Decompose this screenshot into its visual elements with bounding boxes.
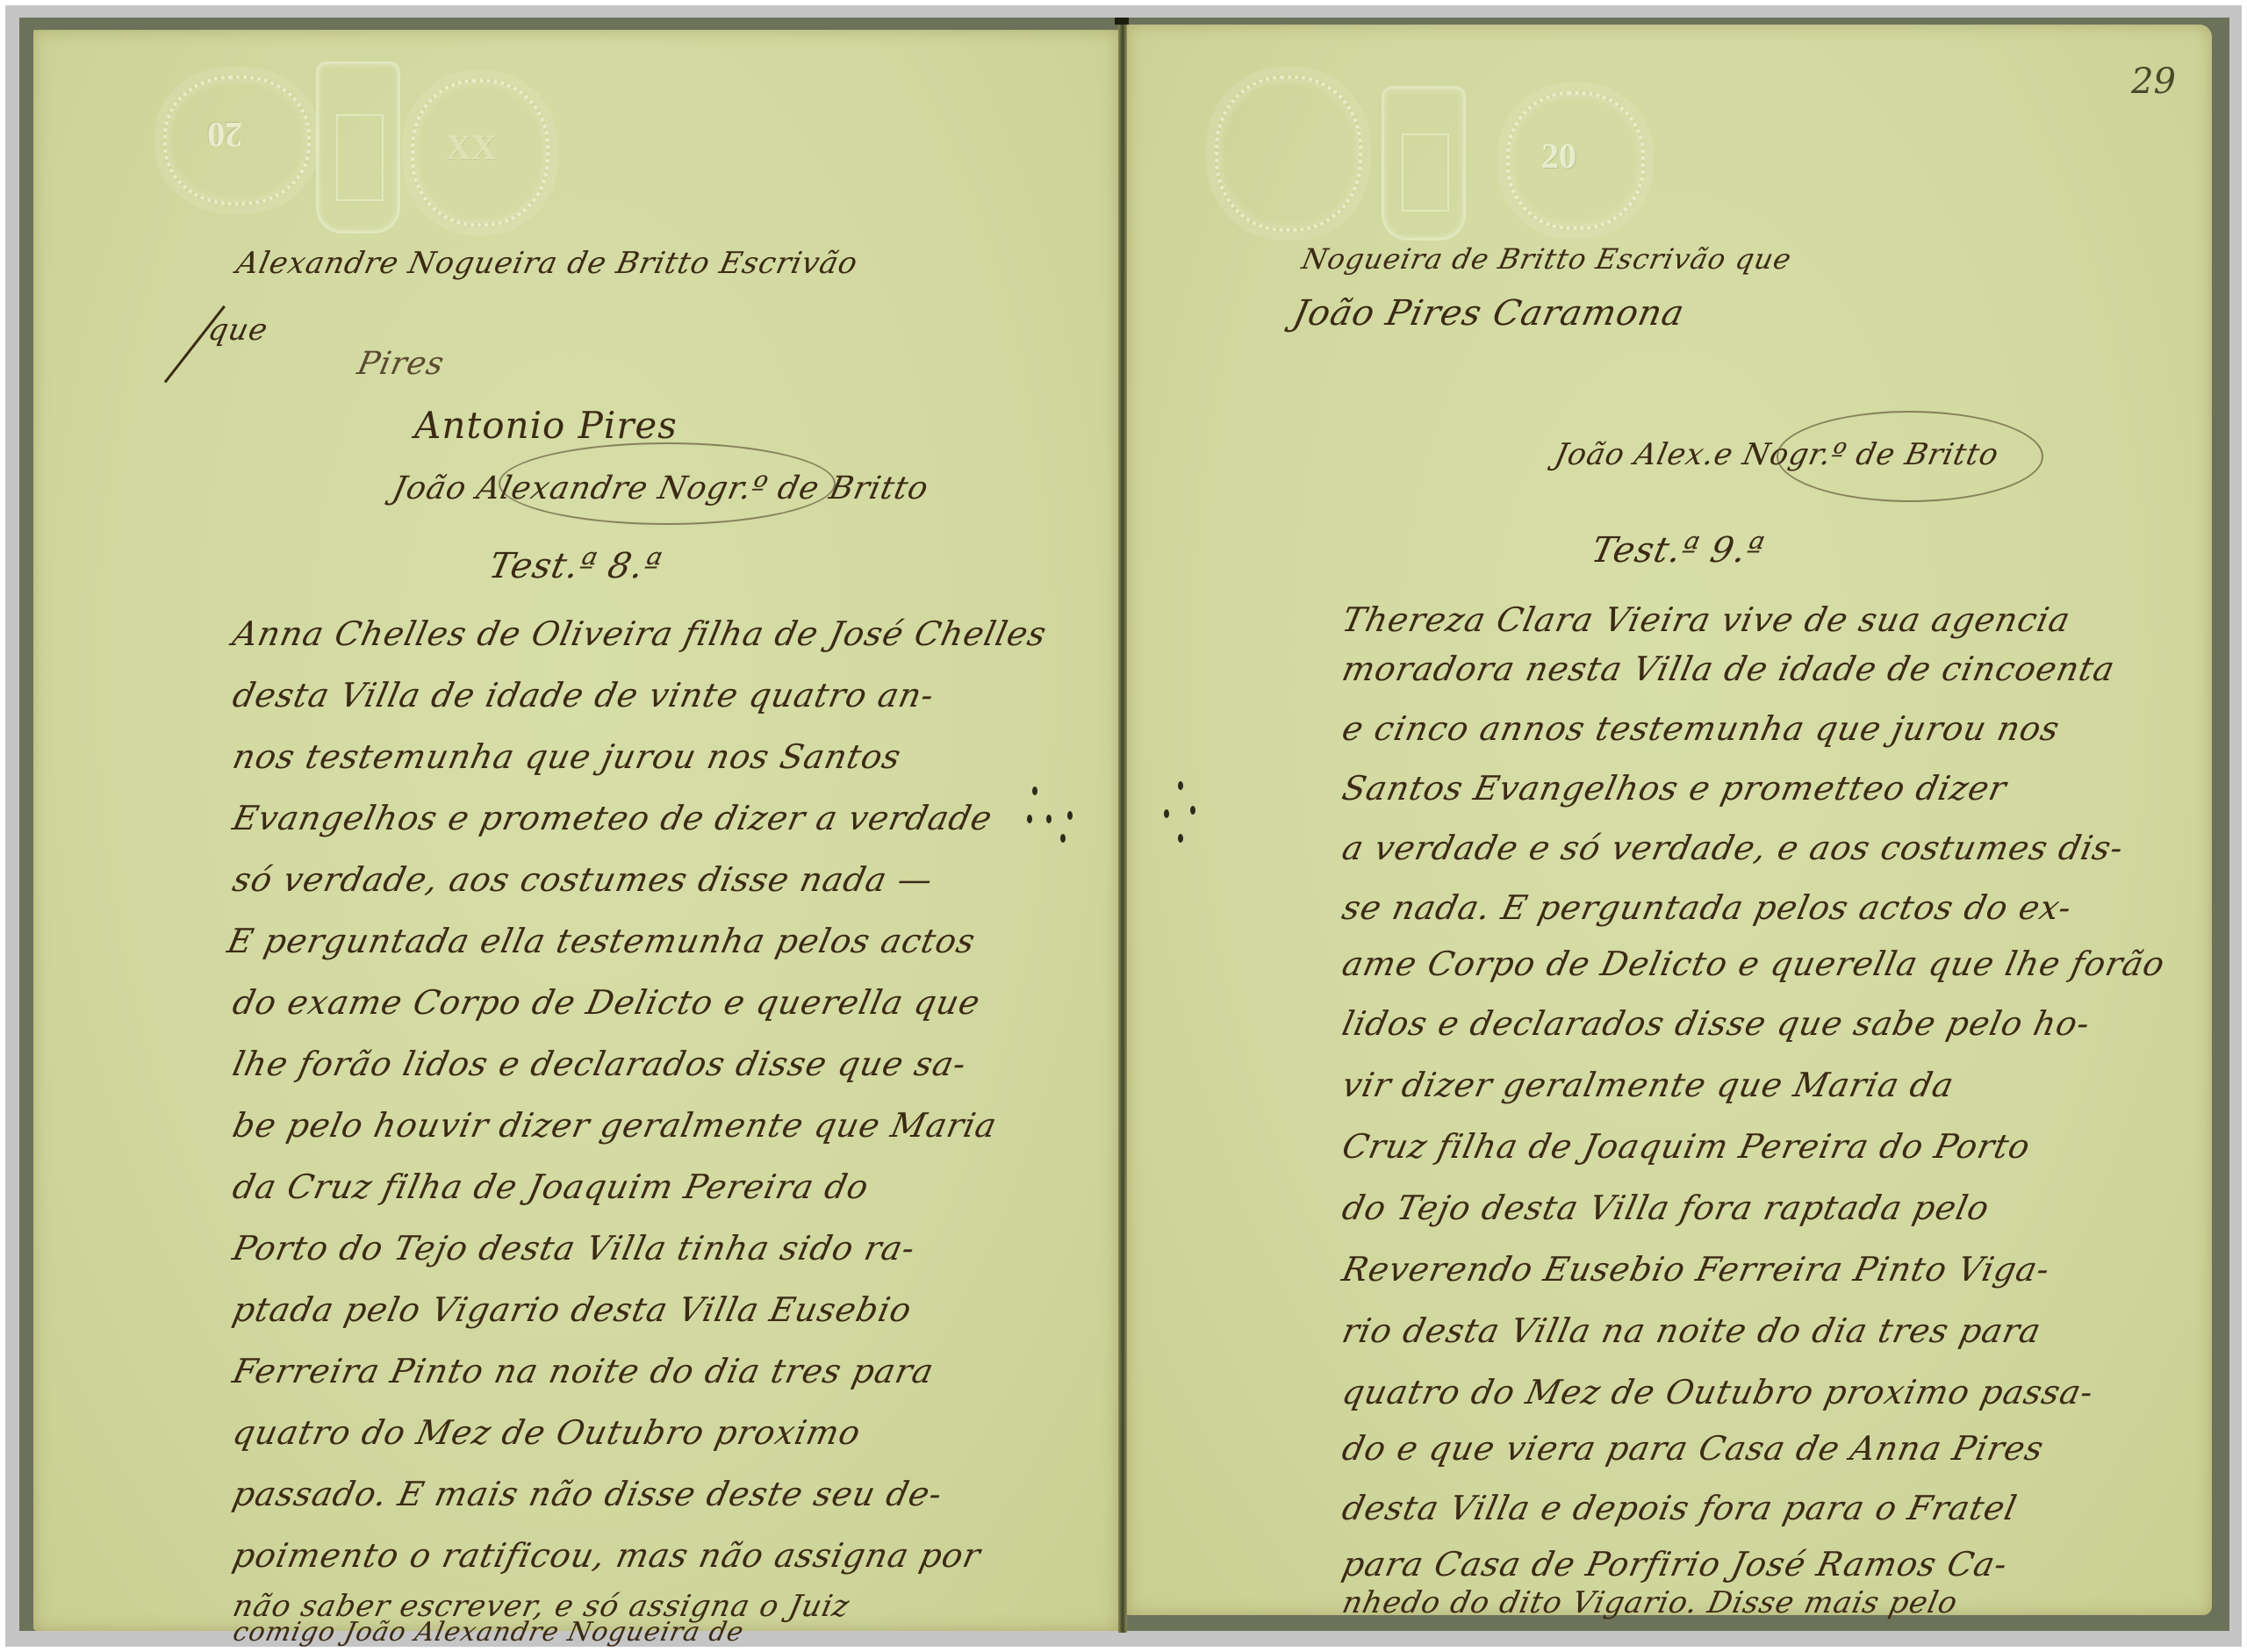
manuscript-line: do e que viera para Casa de Anna Pires [1339, 1429, 2047, 1468]
manuscript-line: rio desta Villa na noite do dia tres par… [1339, 1311, 2044, 1350]
manuscript-line: ame Corpo de Delicto e querella que lhe … [1339, 945, 2168, 983]
manuscript-line: Reverendo Eusebio Ferreira Pinto Viga- [1339, 1250, 2053, 1289]
manuscript-line: desta Villa e depois fora para o Fratel [1339, 1489, 2021, 1527]
binding-hole [1067, 811, 1073, 820]
binding-hole [1178, 781, 1183, 790]
signature-line-1: Alexandre Nogueira de Britto Escrivão [233, 246, 861, 281]
manuscript-line: Ferreira Pinto na noite do dia tres para [229, 1352, 937, 1390]
manuscript-line: poimento o ratificou, mas não assigna po… [229, 1536, 984, 1575]
seal-value: 20 [1541, 135, 1576, 176]
manuscript-line: moradora nesta Villa de idade de cincoen… [1339, 650, 2118, 688]
testimony-heading: Test.ª 9.ª [1588, 530, 1768, 571]
manuscript-line: comigo João Alexandre Nogueira de [230, 1617, 747, 1648]
seal-value: XX [446, 126, 497, 168]
manuscript-line: e cinco annos testemunha que jurou nos [1339, 709, 2063, 748]
seal-value: 20 [207, 114, 242, 155]
manuscript-line: do exame Corpo de Delicto e querella que [229, 983, 984, 1022]
manuscript-line: só verdade, aos costumes disse nada — [229, 860, 937, 899]
manuscript-line: do Tejo desta Villa fora raptada pelo [1339, 1189, 1992, 1227]
signature-line-1: Nogueira de Britto Escrivão que [1299, 242, 1795, 276]
manuscript-line: Porto do Tejo desta Villa tinha sido ra- [229, 1229, 919, 1268]
manuscript-line: Evangelhos e prometeo de dizer a verdade [229, 799, 996, 837]
testimony-heading: Test.ª 8.ª [485, 546, 665, 586]
signature-antonio-pires: Antonio Pires [414, 404, 678, 447]
manuscript-line: Santos Evangelhos e prometteo dizer [1339, 769, 2010, 808]
binding-hole [1190, 806, 1195, 815]
manuscript-line: quatro do Mez de Outubro proximo passa- [1339, 1373, 2097, 1411]
binding-hole [1046, 815, 1052, 823]
manuscript-line: be pelo houvir dizer geralmente que Mari… [229, 1106, 1001, 1145]
manuscript-line: nos testemunha que jurou nos Santos [229, 737, 904, 776]
coat-of-arms-emboss-icon [1382, 86, 1466, 241]
manuscript-line: nhedo do dito Vigario. Disse mais pelo [1339, 1585, 1961, 1620]
manuscript-line: para Casa de Porfirio José Ramos Ca- [1339, 1545, 2011, 1584]
manuscript-line: da Cruz filha de Joaquim Pereira do [229, 1167, 872, 1206]
manuscript-line: vir dizer geralmente que Maria da [1339, 1066, 1957, 1104]
manuscript-line: Anna Chelles de Oliveira filha de José C… [229, 614, 1050, 653]
binding-hole [1178, 834, 1183, 843]
manuscript-line: passado. E mais não disse deste seu de- [229, 1475, 945, 1513]
manuscript-line: lhe forão lidos e declarados disse que s… [229, 1045, 970, 1083]
manuscript-line: Cruz filha de Joaquim Pereira do Porto [1339, 1127, 2034, 1166]
book-spine [1118, 21, 1127, 1633]
right-page: 20 Nogueira de Britto Escrivão que João … [1127, 25, 2212, 1615]
manuscript-line: lidos e declarados disse que sabe pelo h… [1339, 1004, 2093, 1043]
binding-hole [1027, 815, 1032, 823]
manuscript-line: a verdade e só verdade, e aos costumes d… [1339, 829, 2127, 867]
embossed-seal-xx-icon [1215, 75, 1362, 232]
spine-cap [1115, 18, 1129, 25]
manuscript-line: quatro do Mez de Outubro proximo [229, 1413, 865, 1452]
manuscript-line: Thereza Clara Vieira vive de sua agencia [1339, 600, 2074, 639]
binding-hole [1164, 809, 1169, 818]
binding-hole [1060, 834, 1066, 843]
manuscript-line: E perguntada ella testemunha pelos actos [224, 922, 979, 960]
signature-joao-pires-caramona: João Pires Caramona [1289, 293, 1688, 334]
manuscript-line: se nada. E perguntada pelos actos do ex- [1339, 888, 2075, 927]
coat-of-arms-emboss-icon [316, 61, 400, 233]
left-page: 20 XX Alexandre Nogueira de Britto Escri… [33, 30, 1118, 1631]
folio-number: 29 [2131, 61, 2176, 102]
signature-line-3: Pires [355, 346, 448, 382]
signature-flourish [1777, 411, 2043, 502]
manuscript-line: desta Villa de idade de vinte quatro an- [229, 676, 937, 715]
binding-hole [1032, 786, 1037, 795]
manuscript-line: ptada pelo Vigario desta Villa Eusebio [229, 1290, 915, 1329]
signature-flourish [499, 442, 836, 525]
